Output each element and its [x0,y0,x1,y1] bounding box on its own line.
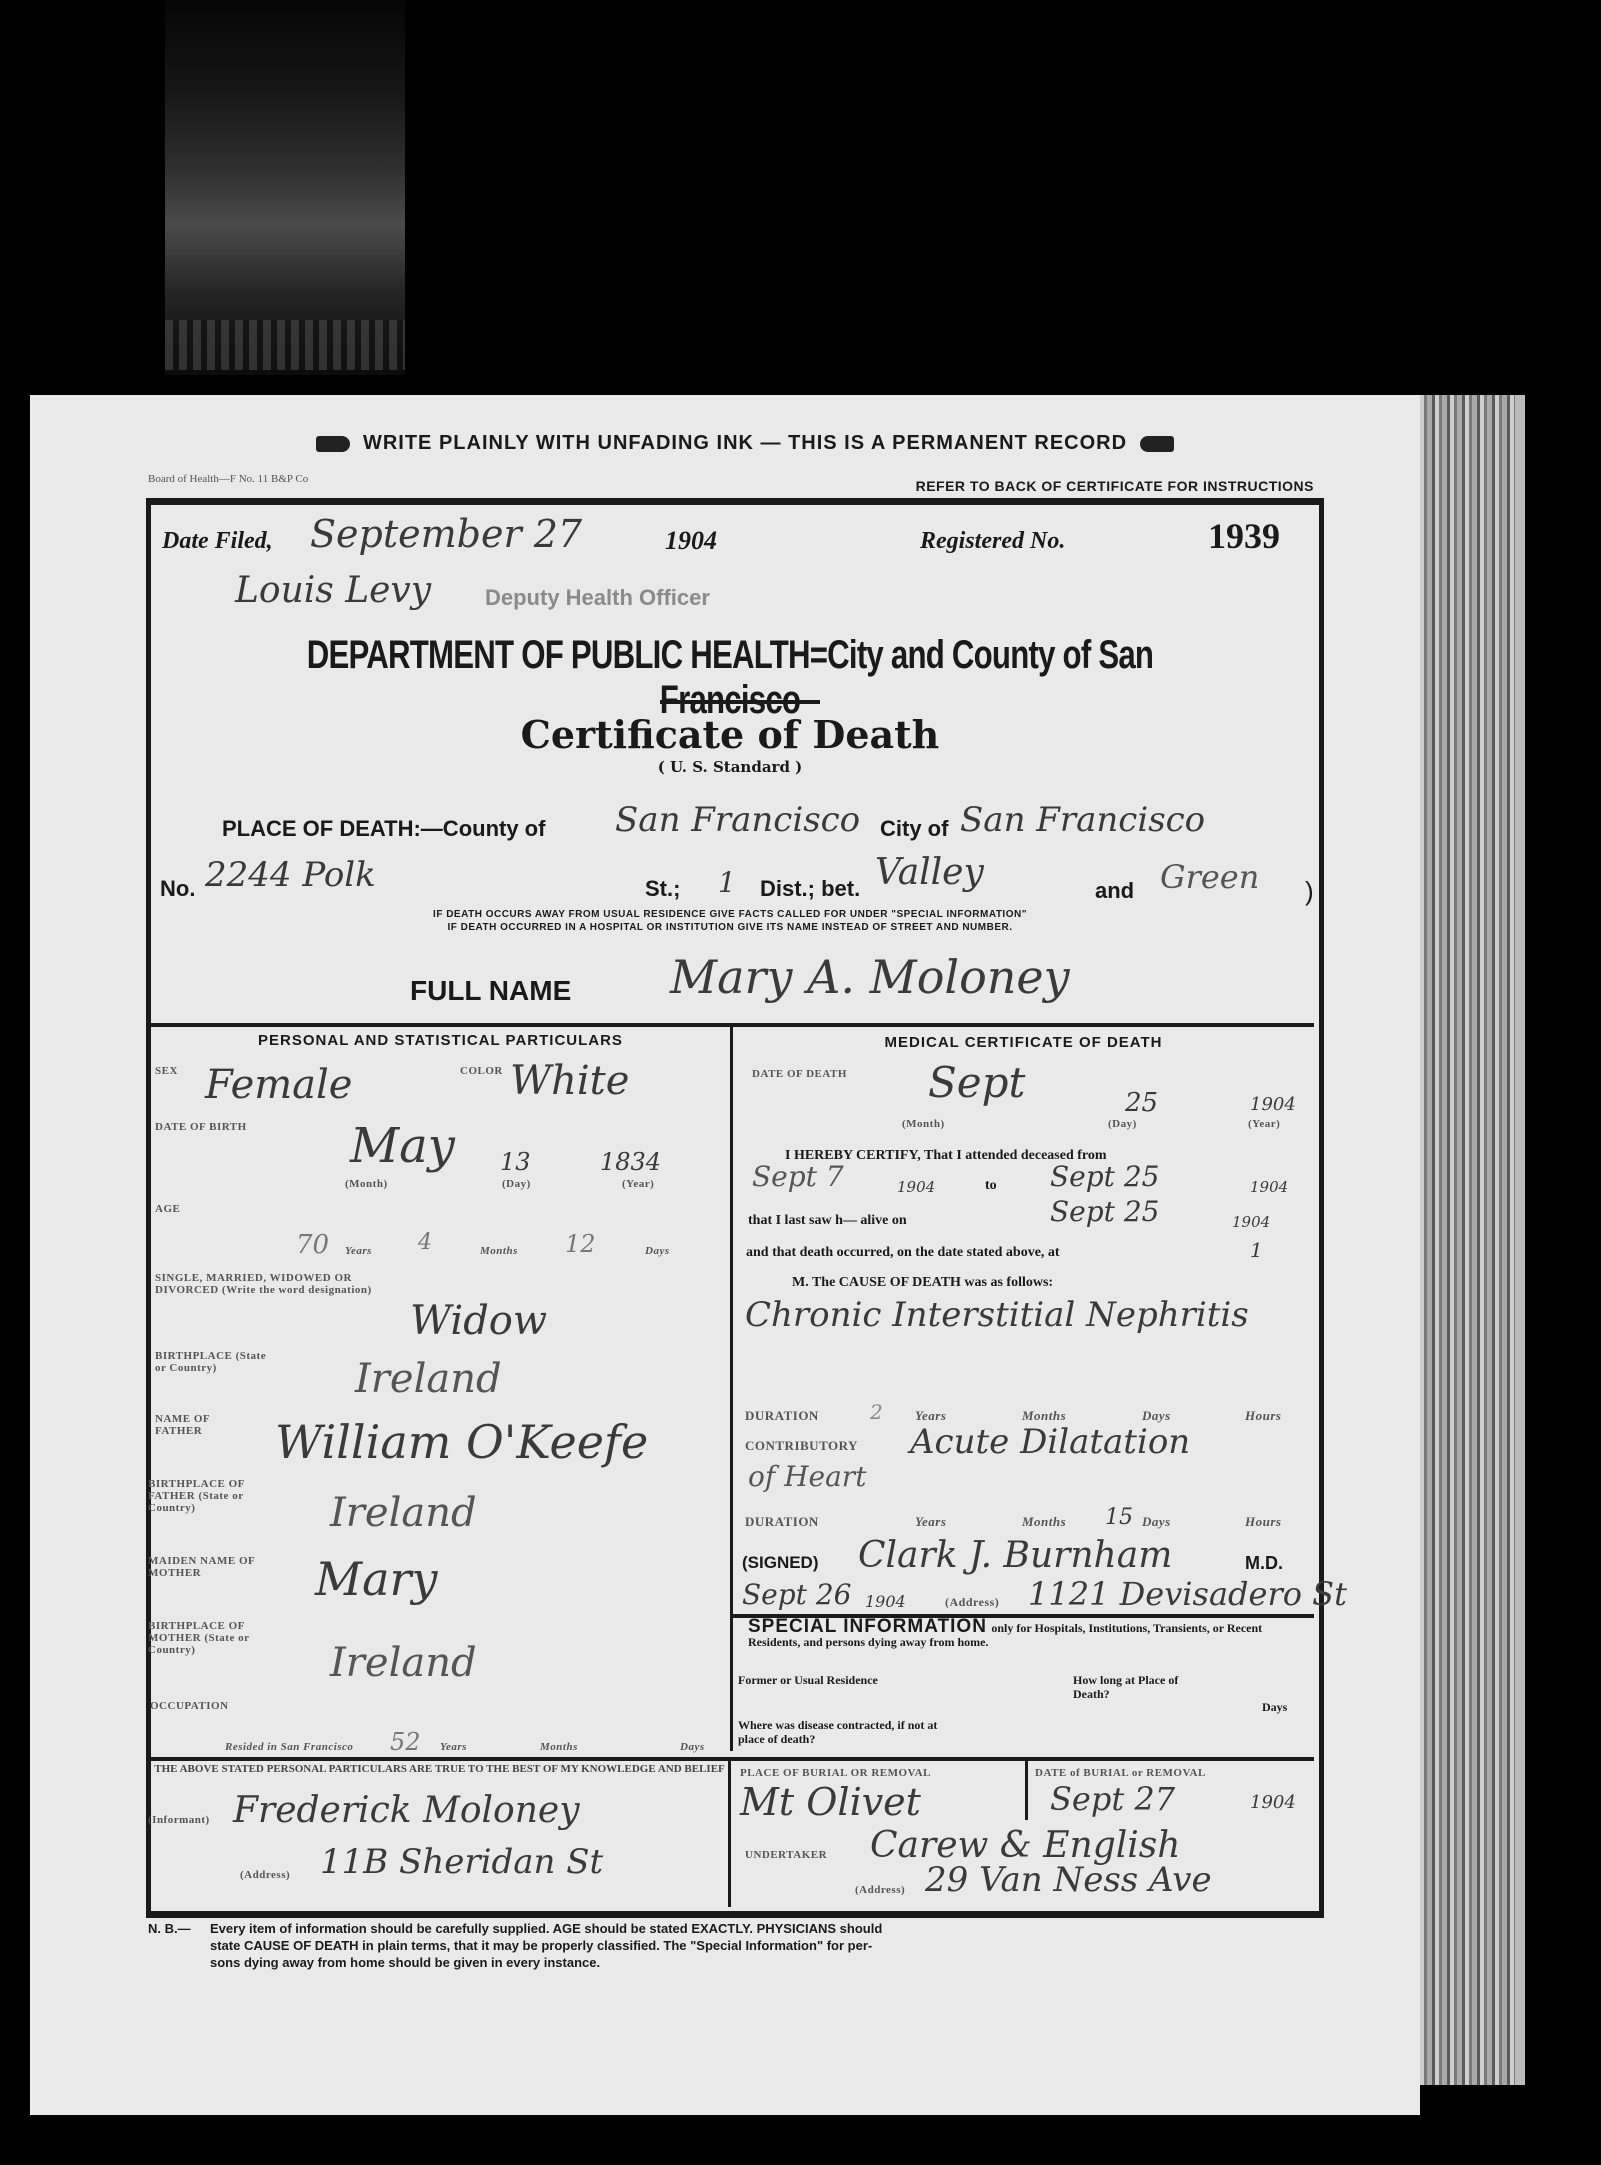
resided-days-label: Days [680,1741,705,1753]
duration-years: 2 [870,1400,883,1424]
dod-year: 1904 [1250,1094,1296,1115]
duration2-years-label: Years [915,1516,946,1528]
color-label: COLOR [460,1065,503,1077]
signed-date: Sept 26 [742,1578,851,1611]
banner-text: WRITE PLAINLY WITH UNFADING INK — THIS I… [363,432,1127,454]
color-value: White [510,1058,629,1104]
book-page-edges [1420,395,1515,2085]
certificate-standard: ( U. S. Standard ) [150,758,1310,776]
street-no-label: No. [160,876,195,902]
pointing-hand-icon [1140,436,1174,452]
duration2-label: DURATION [745,1516,819,1528]
duration2-hours-label: Hours [1245,1516,1281,1528]
age-label: AGE [155,1203,180,1215]
attended-to: Sept 25 [1050,1160,1159,1193]
age-days-label: Days [645,1245,670,1257]
sex-value: Female [205,1062,352,1108]
last-saw-text: that I last saw h— alive on [748,1213,907,1229]
burial-place: Mt Olivet [740,1780,921,1824]
resided-years: 52 [390,1728,421,1756]
dod-month: Sept [928,1058,1025,1107]
father-label: NAME OF FATHER [155,1413,235,1437]
how-long-label: How long at Place of Death? [1073,1673,1193,1701]
dob-day: 13 [500,1148,531,1176]
cause-text: M. The CAUSE OF DEATH was as follows: [792,1275,1053,1291]
full-name-value: Mary A. Moloney [670,950,1070,1004]
place-note-line-2: IF DEATH OCCURRED IN A HOSPITAL OR INSTI… [290,921,1170,934]
certificate-title: Certificate of Death [150,712,1310,757]
personal-section-title: PERSONAL AND STATISTICAL PARTICULARS [151,1032,730,1049]
city-label: City of [880,816,948,842]
bottom-column-divider [728,1757,731,1907]
footer-note-prefix: N. B.— [148,1920,210,1937]
full-name-label: FULL NAME [410,975,571,1007]
between-street-1: Valley [875,852,984,893]
contributory-cont: of Heart [748,1460,866,1493]
informant-address-label: (Address) [240,1869,290,1881]
dob-label: DATE OF BIRTH [155,1121,247,1133]
duration-hours-label: Hours [1245,1410,1281,1422]
contributory-label: CONTRIBUTORY [745,1440,858,1452]
ward-value: 1 [718,866,736,899]
dob-month: May [350,1118,455,1174]
dob-month-label: (Month) [345,1178,388,1190]
birthplace-label: BIRTHPLACE (State or Country) [155,1350,275,1374]
contributory-value: Acute Dilatation [910,1422,1190,1462]
father-birthplace-label: BIRTHPLACE OF FATHER (State or Country) [148,1478,273,1514]
informant-label: (Informant) [148,1814,210,1826]
age-months-label: Months [480,1245,518,1257]
place-note: IF DEATH OCCURS AWAY FROM USUAL RESIDENC… [290,908,1170,934]
date-filed-value: September 27 [310,512,582,556]
mother-value: Mary [315,1552,438,1606]
st-label: St.; [645,876,680,902]
cause-value: Chronic Interstitial Nephritis [745,1295,1249,1335]
date-filed-label: Date Filed, [162,528,273,555]
physician-signature: Clark J. Burnham [858,1535,1172,1576]
duration-years-label: Years [915,1410,946,1422]
resided-label: Resided in San Francisco [225,1741,353,1753]
burial-date-label: DATE of BURIAL or REMOVAL [1035,1767,1206,1779]
duration2-days: 15 [1105,1505,1133,1530]
city-value: San Francisco [960,800,1205,840]
burial-divider [1025,1760,1028,1820]
dist-label: Dist.; bet. [760,876,860,902]
informant-name: Frederick Moloney [233,1790,580,1831]
burial-year: 1904 [1250,1792,1296,1813]
special-title: SPECIAL INFORMATION [748,1616,987,1637]
duration-days-label: Days [1142,1410,1171,1422]
attended-from: Sept 7 [752,1160,844,1193]
column-divider [730,1027,733,1751]
date-filed-year: 1904 [665,526,717,556]
informant-attest: THE ABOVE STATED PERSONAL PARTICULARS AR… [151,1763,728,1775]
county-value: San Francisco [615,800,860,840]
father-birthplace-value: Ireland [330,1490,477,1536]
department-title: DEPARTMENT OF PUBLIC HEALTH=City and Cou… [278,633,1183,723]
former-residence-label: Former or Usual Residence [738,1673,888,1687]
attended-from-year: 1904 [897,1178,935,1196]
dod-label: DATE OF DEATH [752,1068,847,1080]
to-label: to [985,1178,997,1194]
officer-title: Deputy Health Officer [485,585,710,611]
undertaker-address-label: (Address) [855,1884,905,1896]
officer-signature: Louis Levy [235,570,431,611]
registered-number: 1939 [1208,515,1280,557]
signed-label: (SIGNED) [742,1553,819,1573]
father-value: William O'Keefe [275,1415,648,1469]
last-saw-year: 1904 [1232,1213,1270,1231]
resided-months-label: Months [540,1741,578,1753]
paren-close: ) [1305,876,1314,907]
undertaker-label: UNDERTAKER [745,1849,827,1861]
and-label: and [1095,878,1134,904]
bottom-divider [151,1757,1314,1761]
dod-day: 25 [1125,1088,1158,1118]
age-days: 12 [565,1230,596,1258]
age-months: 4 [418,1230,432,1255]
between-street-2: Green [1160,858,1259,896]
dob-day-label: (Day) [502,1178,531,1190]
banner: WRITE PLAINLY WITH UNFADING INK — THIS I… [200,432,1290,455]
birthplace-value: Ireland [355,1356,502,1402]
death-time: 1 [1250,1238,1263,1262]
dob-year: 1834 [600,1148,661,1176]
special-info: SPECIAL INFORMATION only for Hospitals, … [748,1620,1308,1649]
form-id: Board of Health—F No. 11 B&P Co [148,473,308,485]
dob-year-label: (Year) [622,1178,654,1190]
footer-note-line-2: state CAUSE OF DEATH in plain terms, tha… [148,1937,1318,1954]
contracted-label: Where was disease contracted, if not at … [738,1718,938,1746]
duration-months-label: Months [1022,1410,1066,1422]
dod-year-label: (Year) [1248,1118,1280,1130]
footer-note-line-3: sons dying away from home should be give… [148,1954,1318,1971]
mother-label: MAIDEN NAME OF MOTHER [148,1555,273,1579]
registered-label: Registered No. [920,528,1065,555]
marital-label: SINGLE, MARRIED, WIDOWED OR DIVORCED (Wr… [155,1272,375,1296]
background-photo [165,0,405,375]
street-value: 2244 Polk [205,855,376,895]
resided-years-label: Years [440,1741,467,1753]
last-saw-date: Sept 25 [1050,1195,1159,1228]
age-years-label: Years [345,1245,372,1257]
physician-address-label: (Address) [945,1596,999,1608]
burial-date: Sept 27 [1050,1780,1175,1818]
dod-day-label: (Day) [1108,1118,1137,1130]
footer-note: N. B.—Every item of information should b… [148,1920,1318,1971]
signed-year: 1904 [865,1592,906,1611]
duration2-months-label: Months [1022,1516,1066,1528]
pointing-hand-icon [316,436,350,452]
medical-section-title: MEDICAL CERTIFICATE OF DEATH [733,1034,1314,1051]
place-note-line-1: IF DEATH OCCURS AWAY FROM USUAL RESIDENC… [290,908,1170,921]
informant-address: 11B Sheridan St [320,1842,603,1882]
undertaker-address: 29 Van Ness Ave [925,1860,1212,1900]
instructions-ref: REFER TO BACK OF CERTIFICATE FOR INSTRUC… [916,478,1314,494]
special-days-label: Days [1262,1700,1287,1715]
marital-value: Widow [410,1298,547,1344]
burial-place-label: PLACE OF BURIAL OR REMOVAL [740,1767,931,1779]
mother-birthplace-label: BIRTHPLACE OF MOTHER (State or Country) [148,1620,273,1656]
mother-birthplace-value: Ireland [330,1640,477,1686]
dod-month-label: (Month) [902,1118,945,1130]
occupation-label: OCCUPATION [150,1700,229,1712]
age-years: 70 [296,1230,329,1260]
physician-address: 1121 Devisadero St [1028,1575,1347,1613]
duration-label: DURATION [745,1410,819,1422]
footer-note-line-1: Every item of information should be care… [210,1921,882,1936]
place-of-death-label: PLACE OF DEATH:—County of [222,816,545,842]
sex-label: SEX [155,1065,178,1077]
title-divider [660,700,820,704]
md-label: M.D. [1245,1553,1283,1574]
occurred-text: and that death occurred, on the date sta… [746,1245,1060,1261]
duration2-days-label: Days [1142,1516,1171,1528]
attended-to-year: 1904 [1250,1178,1288,1196]
